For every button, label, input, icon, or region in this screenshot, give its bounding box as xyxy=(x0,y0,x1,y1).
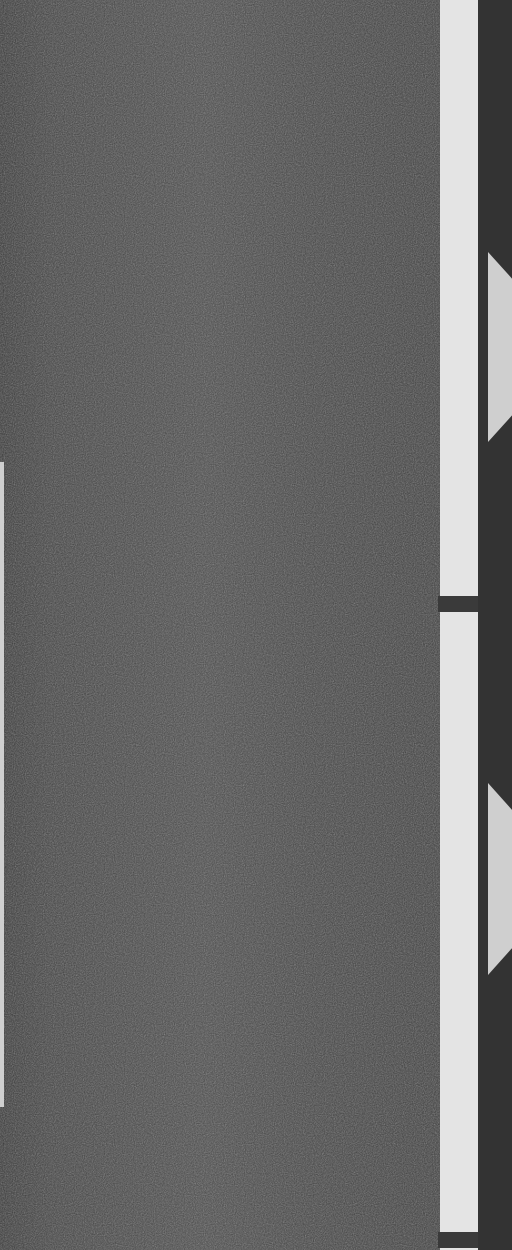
asphalt-texture xyxy=(0,0,512,1250)
lane-line-crack xyxy=(438,1232,480,1248)
hatch-marking xyxy=(488,783,512,975)
hatch-marking xyxy=(488,252,512,442)
lane-line-crack xyxy=(438,596,480,612)
road-photo xyxy=(0,0,512,1250)
left-edge-line xyxy=(0,462,4,1107)
white-lane-line xyxy=(440,0,478,1250)
road-shoulder xyxy=(478,0,512,1250)
